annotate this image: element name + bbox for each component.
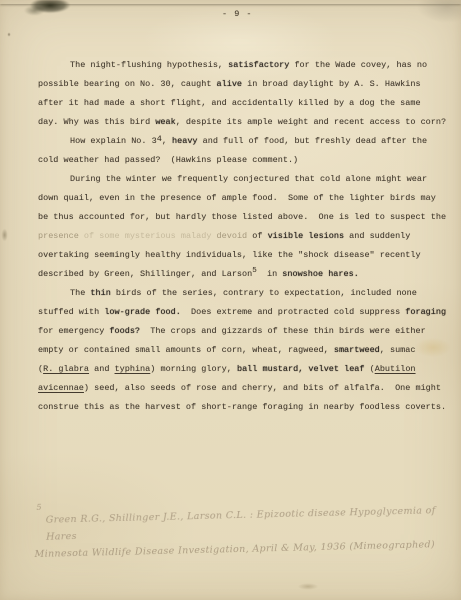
text-line: (R. glabra and typhina) morning glory, b… [38,360,453,379]
text-segment: described by Green, Shillinger, and Lars… [38,269,252,279]
text-segment: for emergency [38,326,109,336]
text-segment: down quail, even in the presence of ampl… [38,193,436,203]
text-segment: foraging [405,307,446,317]
text-segment: stuffed with [38,307,104,317]
underlined-text: R. glabra [43,364,89,374]
text-segment: low-grade food. [104,307,181,317]
text-segment: possible bearing on No. 30, caught [38,79,217,89]
text-segment: foods? [109,326,140,336]
text-segment: birds of the series, contrary to expecta… [111,288,417,298]
text-segment: , despite its ample weight and recent ac… [176,117,446,127]
text-segment: of some mysterious malady [84,231,217,241]
text-line: be thus accounted for, but hardly those … [38,208,453,227]
text-segment: Does extreme and protracted cold suppres… [181,307,405,317]
underlined-text: typhina [115,364,151,374]
document-page: - 9 - The night-flushing hypothesis, sat… [0,0,461,600]
text-segment: day. Why was this bird [38,117,155,127]
text-segment: satisfactory [228,60,289,70]
underlined-text: Abutilon [375,364,416,374]
text-segment: in [257,269,283,279]
edge-mark [1,226,10,244]
text-segment: and suddenly [344,231,410,241]
handwritten-footnote: 5 Green R.G., Shillinger J.E., Larson C.… [33,493,444,563]
text-segment: after it had made a short flight, and ac… [38,98,421,108]
paper-speck [295,582,321,591]
text-segment: , sumac [380,345,416,355]
text-segment: for the Wade covey, has no [289,60,427,70]
text-line: construe this as the harvest of short-ra… [38,398,453,417]
text-line: after it had made a short flight, and ac… [38,94,453,113]
text-segment: visible lesions [268,231,345,241]
text-segment: The night-flushing hypothesis, [70,60,228,70]
text-line: During the winter we frequently conjectu… [38,170,453,189]
text-segment: ) seed, also seeds of rose and cherry, a… [84,383,441,393]
paper-speck [7,32,11,37]
text-segment: be thus accounted for, but hardly those … [38,212,446,222]
text-segment: in broad daylight by A. S. Hawkins [242,79,421,89]
page-number: - 9 - [222,9,253,19]
text-line: described by Green, Shillinger, and Lars… [38,265,453,284]
text-line: for emergency foods? The crops and gizza… [38,322,453,341]
text-segment: ball mustard, velvet leaf [237,364,365,374]
typewritten-text: The night-flushing hypothesis, satisfact… [38,56,453,417]
text-segment: and [89,364,115,374]
text-segment: heavy [172,136,198,146]
text-line: avicennae) seed, also seeds of rose and … [38,379,453,398]
text-line: The night-flushing hypothesis, satisfact… [38,56,453,75]
text-segment: devoid [217,231,248,241]
text-line: How explain No. 34, heavy and full of fo… [38,132,453,151]
text-segment: ( [365,364,375,374]
text-segment: The [70,288,90,298]
text-line: empty or contained small amounts of corn… [38,341,453,360]
underlined-text: avicennae [38,383,84,393]
corner-smudge [397,0,461,36]
text-segment: 5 [252,267,257,275]
text-segment: alive [217,79,243,89]
text-segment: cold weather had passed? (Hawkins please… [38,155,298,165]
text-line: overtaking seemingly healthy individuals… [38,246,453,265]
text-segment: 4 [157,134,162,144]
text-line: presence of some mysterious malady devoi… [38,227,453,246]
text-segment: weak [155,117,175,127]
text-line: down quail, even in the presence of ampl… [38,189,453,208]
text-line: possible bearing on No. 30, caught alive… [38,75,453,94]
text-line: day. Why was this bird weak, despite its… [38,113,453,132]
text-segment: The crops and gizzards of these thin bir… [140,326,426,336]
text-segment: presence [38,231,84,241]
text-segment: smartweed [334,345,380,355]
text-segment: thin [90,288,110,298]
text-segment: ) morning glory, [150,364,237,374]
text-segment: empty or contained small amounts of corn… [38,345,334,355]
text-segment: of [247,231,267,241]
text-segment: snowshoe hares. [282,269,359,279]
text-segment: How explain No. 3 [70,136,157,146]
ink-stain [20,0,72,19]
text-line: stuffed with low-grade food. Does extrem… [38,303,453,322]
text-segment: and full of food, but freshly dead after… [198,136,428,146]
text-segment: overtaking seemingly healthy individuals… [38,250,421,260]
text-segment: During the winter we frequently conjectu… [70,174,427,184]
text-segment: , [162,136,172,146]
text-line: The thin birds of the series, contrary t… [38,284,453,303]
text-line: cold weather had passed? (Hawkins please… [38,151,453,170]
text-segment: construe this as the harvest of short-ra… [38,402,446,412]
